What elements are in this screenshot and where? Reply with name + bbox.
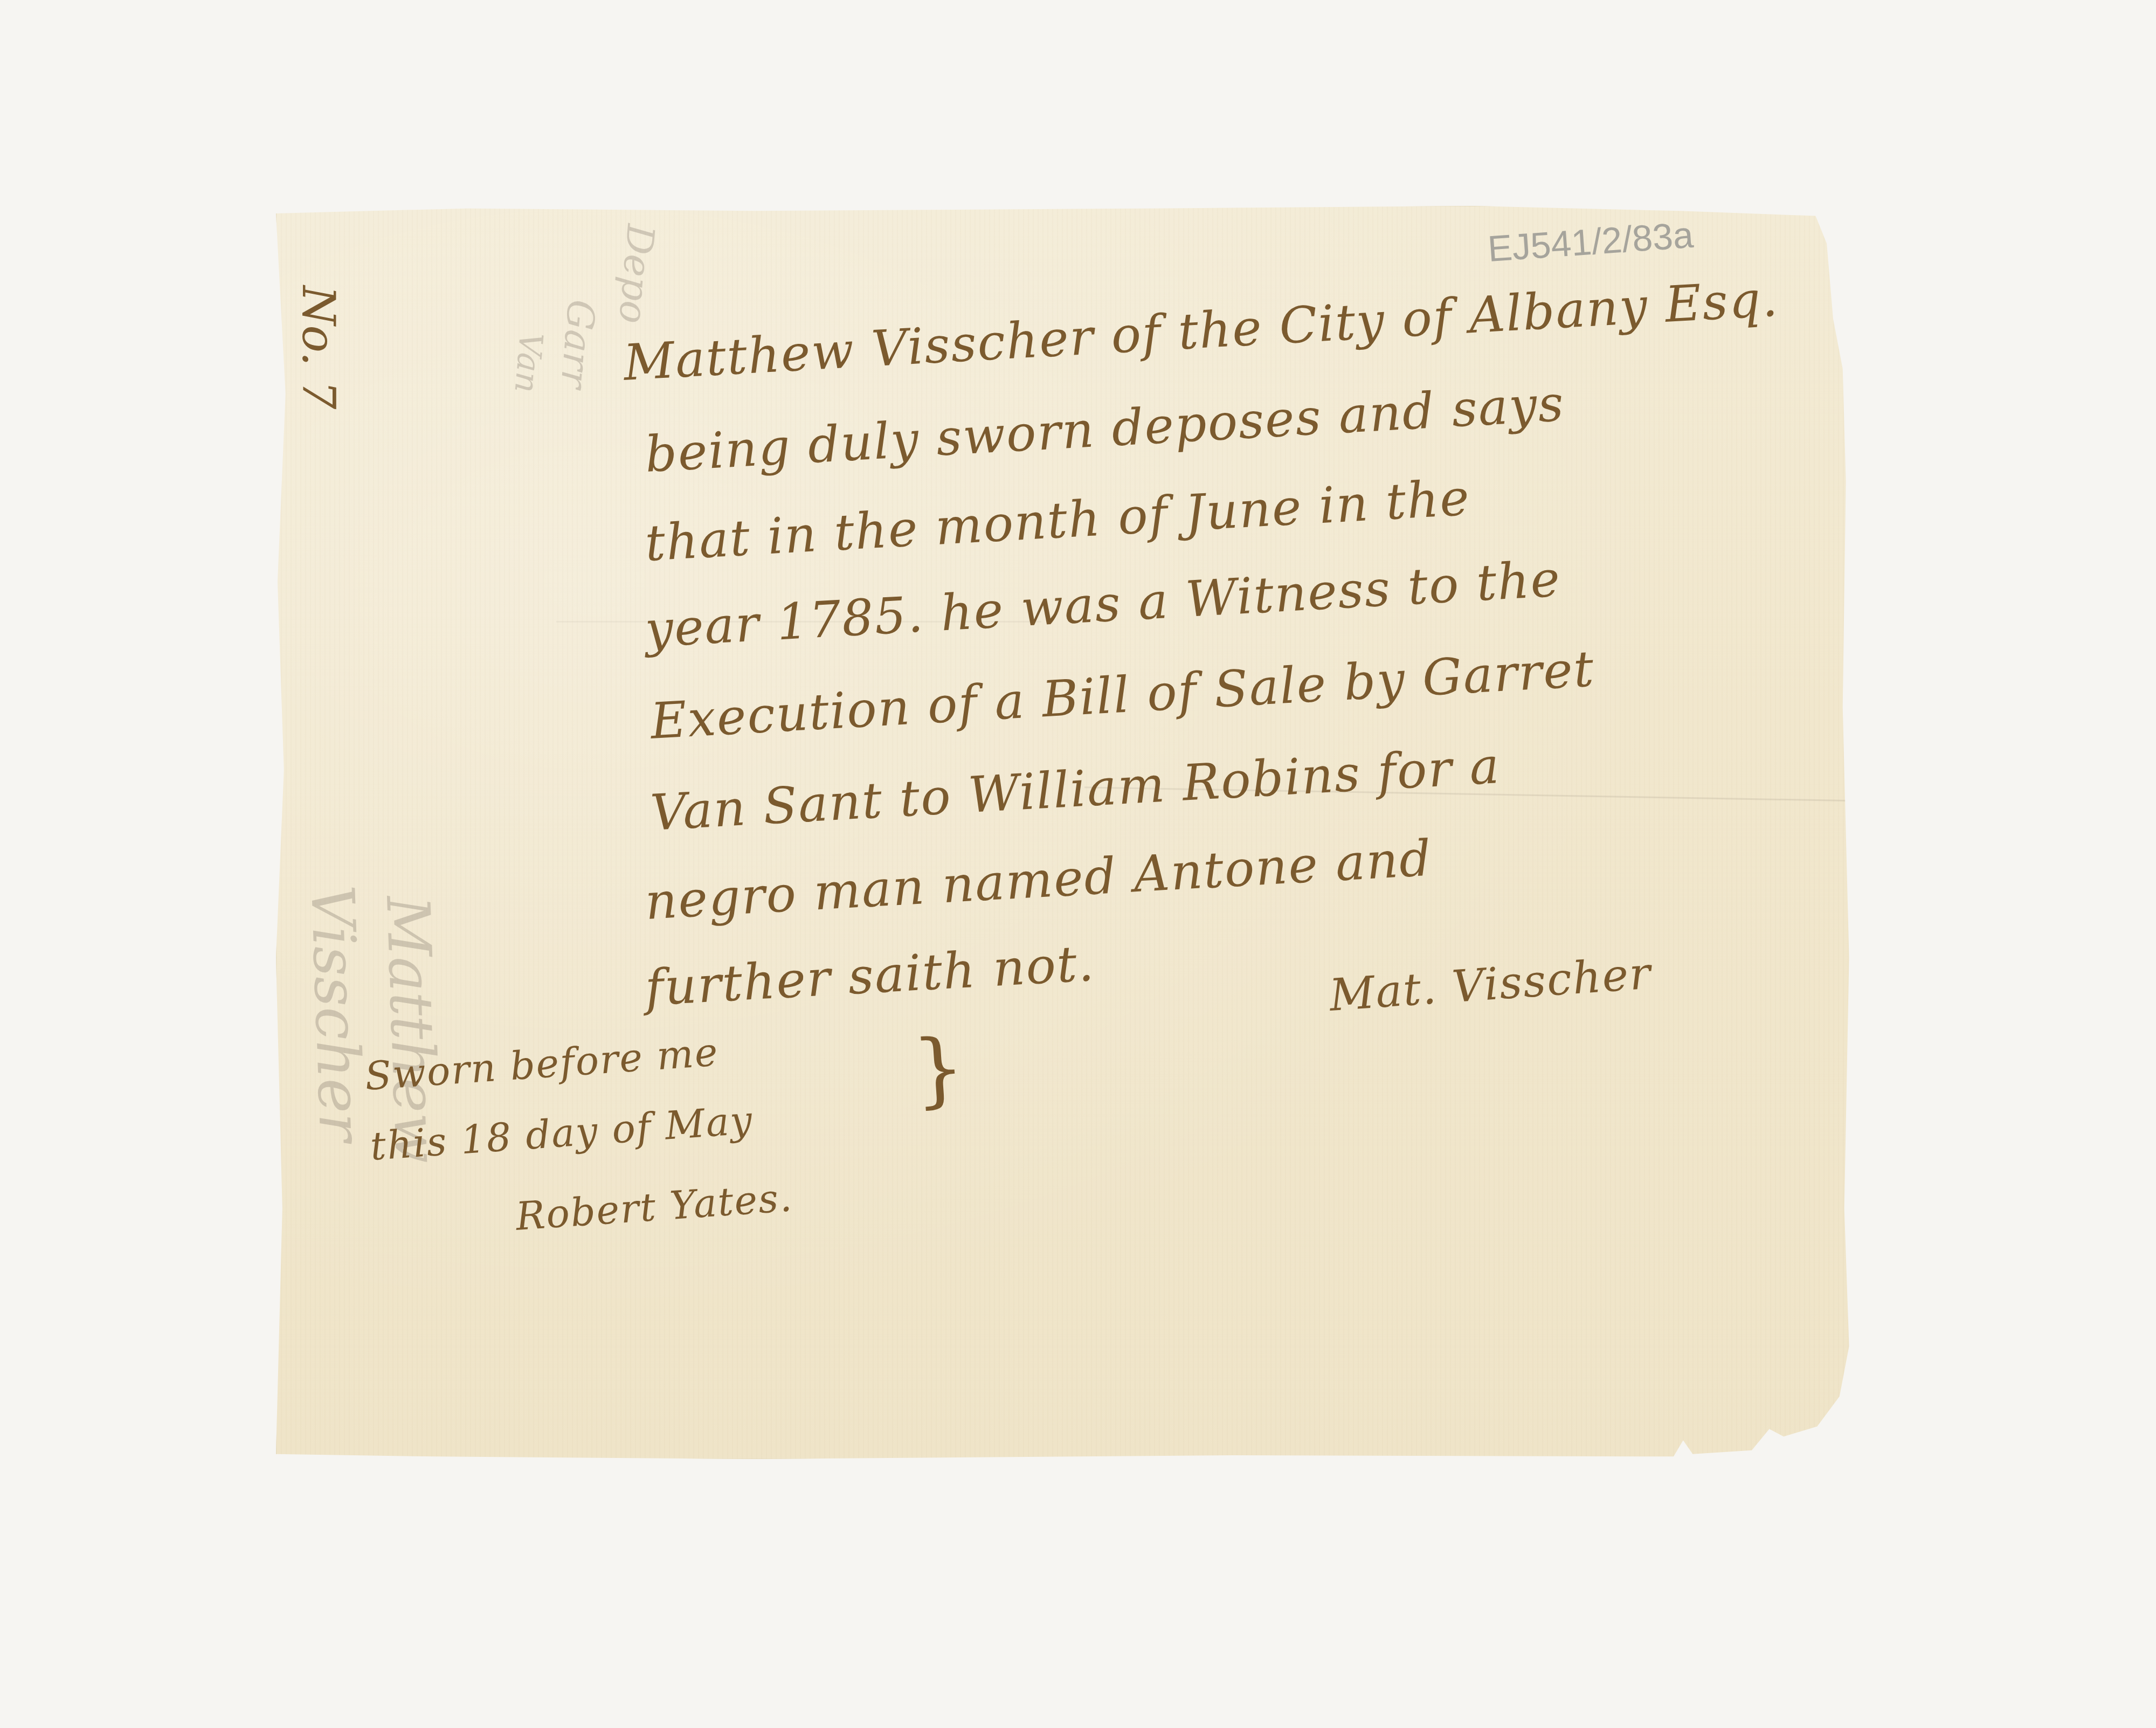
bleed-through-text: Visscher [298, 884, 376, 1143]
bleed-through-text: Garr [552, 298, 604, 390]
jurat-bracket: } [910, 1021, 969, 1118]
margin-note: No. 7 [292, 286, 345, 409]
manuscript-paper [276, 206, 1871, 1459]
scan-area: EJ541/2/83a Depo Garr Van Matthew Vissch… [0, 0, 2156, 1728]
bleed-through-text: Van [507, 331, 550, 395]
bleed-through-text: Depo [610, 223, 663, 326]
